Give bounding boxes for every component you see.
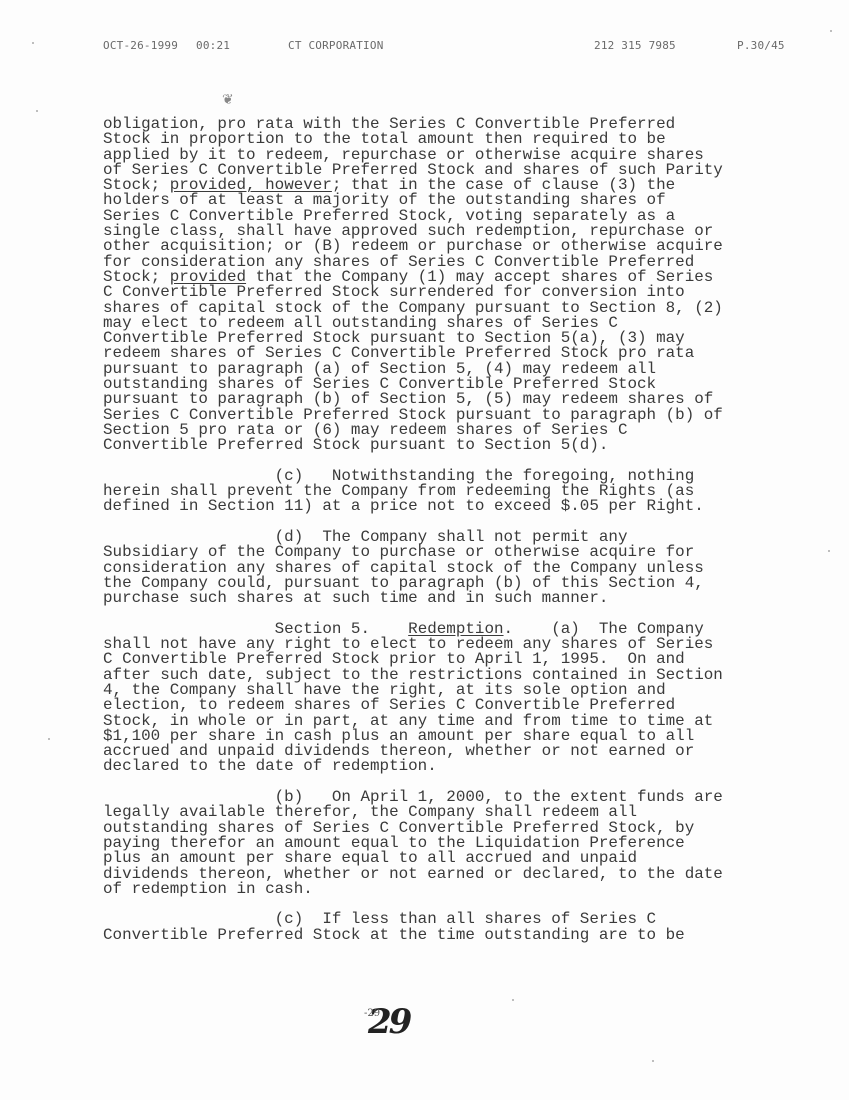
text-line: of redemption in cash.	[103, 882, 763, 897]
fax-time: 00:21	[196, 39, 230, 52]
fax-transmission-header: OCT-26-1999 00:21 CT CORPORATION 212 315…	[0, 39, 849, 55]
text-line: purchase such shares at such time and in…	[103, 591, 763, 606]
paragraph-section-5c: (c) If less than all shares of Series CC…	[103, 912, 763, 943]
paragraph-section-5a: Section 5. Redemption. (a) The Companysh…	[103, 622, 763, 775]
scan-speck	[32, 42, 34, 44]
paragraph-section-4d: (d) The Company shall not permit anySubs…	[103, 530, 763, 606]
scan-speck	[652, 1060, 654, 1062]
paragraph-section-4c: (c) Notwithstanding the foregoing, nothi…	[103, 469, 763, 515]
printed-page-number: -29	[364, 1008, 380, 1019]
fax-date: OCT-26-1999	[103, 39, 178, 52]
paragraph-section-5b: (b) On April 1, 2000, to the extent fund…	[103, 790, 763, 897]
scan-speck	[512, 999, 514, 1001]
text-line: Convertible Preferred Stock pursuant to …	[103, 438, 763, 453]
scan-artifact-mark-icon: ❦	[222, 92, 234, 108]
fax-phone-number: 212 315 7985	[594, 39, 676, 52]
text-line: declared to the date of redemption.	[103, 759, 763, 774]
scan-speck	[48, 738, 50, 740]
fax-sender: CT CORPORATION	[288, 39, 384, 52]
scan-speck	[36, 110, 38, 112]
document-body: obligation, pro rata with the Series C C…	[103, 117, 763, 943]
scan-speck	[830, 30, 832, 32]
scan-speck	[828, 550, 830, 552]
text-line: defined in Section 11) at a price not to…	[103, 499, 763, 514]
fax-page-count: P.30/45	[737, 39, 785, 52]
page-number: -29 29	[368, 1002, 409, 1042]
paragraph-continuation: obligation, pro rata with the Series C C…	[103, 117, 763, 454]
text-line: Convertible Preferred Stock at the time …	[103, 928, 763, 943]
